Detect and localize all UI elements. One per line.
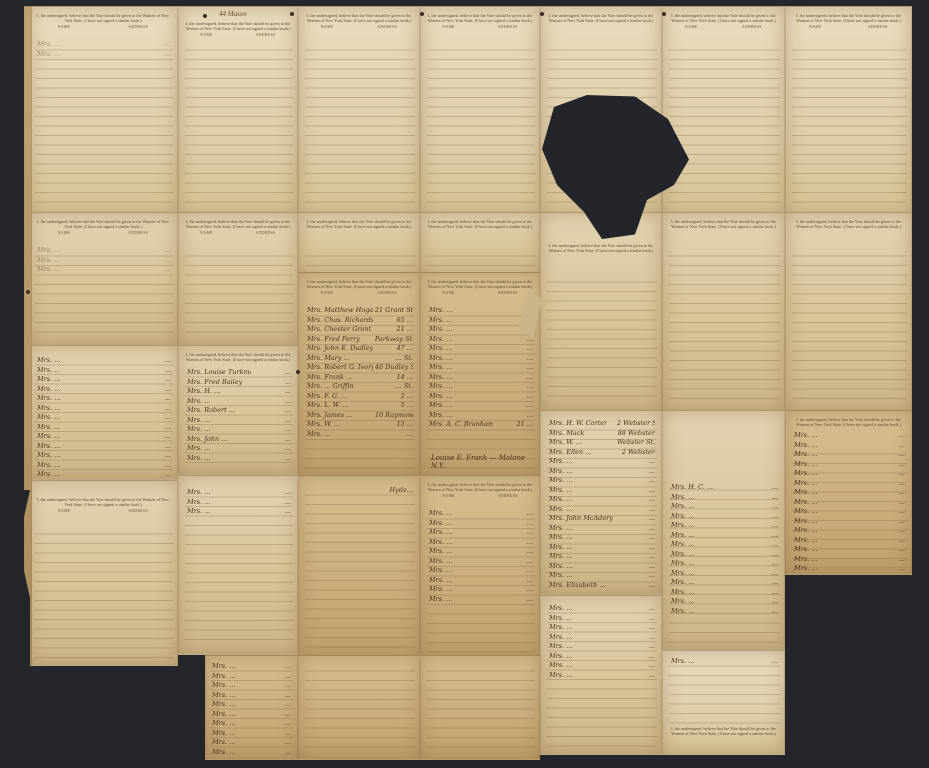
signature-entry: Mrs. James ...10 Raymond: [307, 411, 413, 421]
name-column-label: NAME: [321, 25, 334, 29]
ruled-lines: [305, 486, 415, 653]
signature-entry: Mrs. ......: [671, 569, 778, 579]
petition-sheet: I, the undersigned, believe that the Vot…: [28, 6, 178, 216]
signature-entry: Mrs. ......: [429, 335, 533, 345]
signature-entry: Mrs. ......: [549, 633, 655, 643]
signature-entry: Mrs. ......: [187, 416, 291, 426]
signature-entry: Mrs. ......: [671, 559, 778, 569]
signature-entry: Mrs. ......: [429, 519, 533, 529]
signature-list: Mrs. H. W. Carter2 Webster St. Mrs. Mack…: [549, 419, 655, 590]
signature-entry: Mrs. ......: [429, 585, 533, 595]
signature-entry: Mrs. Elizabeth ......: [549, 581, 655, 591]
signature-entry: Mrs. ......: [794, 526, 905, 536]
petition-header: I, the undersigned, believe that the Vot…: [299, 7, 419, 25]
signature-entry: Mrs. ......: [671, 493, 778, 503]
petition-header: I, the undersigned, believe that the Vot…: [786, 411, 911, 429]
petition-header: I, the undersigned, believe that the Vot…: [421, 213, 539, 231]
signature-entry: Mrs. ......: [187, 454, 291, 464]
ruled-lines: [669, 657, 780, 724]
petition-header: I, the undersigned, believe that the Vot…: [299, 213, 419, 231]
name-column-label: NAME: [442, 291, 455, 295]
signature-entry: Mrs. ......: [37, 404, 171, 414]
signature-list: Mrs. ......: [671, 657, 778, 667]
signature-entry: Mrs. ......: [429, 325, 533, 335]
signature-entry: Mrs. John McAdery...: [549, 514, 655, 524]
name-column-label: NAME: [58, 25, 71, 29]
signature-entry: Hyde...: [307, 486, 413, 496]
signature-entry: Mrs. ......: [212, 719, 291, 729]
right-edge: [912, 0, 929, 768]
address-column-label: ADDRESS: [256, 33, 276, 37]
petition-sheet: Mrs. ...... I, the undersigned, believe …: [662, 650, 785, 755]
name-column-label: NAME: [58, 231, 71, 235]
signature-entry: Mrs. ......: [212, 672, 291, 682]
signature-entry: Mrs. ......: [429, 566, 533, 576]
margin-strip: [24, 6, 32, 666]
signature-entry: Mrs. ......: [794, 431, 905, 441]
ruled-lines: [35, 525, 173, 659]
signature-entry: Mrs. ......: [794, 479, 905, 489]
petition-sheet: I, the undersigned, believe that the Vot…: [662, 6, 785, 216]
address-column-label: ADDRESS: [128, 231, 148, 235]
petition-sheet: I, the undersigned, believe that the Vot…: [662, 212, 785, 412]
signature-entry: Mrs. ......: [37, 40, 171, 50]
signature-entry: Mrs. ......: [671, 578, 778, 588]
signature-entry: Mrs. ......: [37, 423, 171, 433]
name-column-label: NAME: [58, 509, 71, 513]
ruled-lines: [427, 41, 535, 209]
missing-region-bottom-edge: [205, 760, 795, 768]
petition-header: I, the undersigned, believe that the Vot…: [663, 213, 784, 231]
missing-region-bottom-right: [795, 575, 929, 768]
signature-entry: Mrs. ......: [429, 557, 533, 567]
signature-entry: Mrs. ......: [429, 354, 533, 364]
petition-sheet: I, the undersigned, believe that the Vot…: [420, 212, 540, 280]
petition-header: I, the undersigned, believe that the Vot…: [786, 7, 911, 25]
signature-entry: Mrs. ... Griffin... St.: [307, 382, 413, 392]
signature-entry: Mrs. ......: [429, 382, 533, 392]
signature-entry: Mrs. ......: [37, 375, 171, 385]
signature-entry: Mrs. ......: [37, 246, 171, 256]
signature-entry: Mrs. ......: [429, 363, 533, 373]
signature-entry: Mrs. ......: [307, 430, 413, 440]
petition-sheet: [298, 655, 420, 760]
signature-entry: Mrs. ......: [671, 521, 778, 531]
ruled-lines: [427, 247, 535, 273]
address-column-label: ADDRESS: [377, 25, 397, 29]
signature-entry: Mrs. Mack88 Webster: [549, 429, 655, 439]
signature-entry: Mrs. ......: [794, 507, 905, 517]
petition-header: I, the undersigned, believe that the Vot…: [541, 7, 661, 25]
signature-entry: Mrs. ......: [794, 460, 905, 470]
petition-sheet: I, the undersigned, believe that the Vot…: [420, 6, 540, 216]
signature-entry: Mrs. ......: [429, 306, 533, 316]
signature-entry: Mrs. ......: [549, 495, 655, 505]
signature-entry: Mrs. ......: [429, 344, 533, 354]
signature-entry: Mrs. ......: [671, 607, 778, 617]
signature-list: Mrs. Louise Turkman... Mrs. Fred Bailey.…: [187, 368, 291, 463]
signature-entry: Mrs. Mary ...... St.: [307, 354, 413, 364]
signature-entry: Mrs. ......: [187, 498, 291, 508]
petition-sheet: Mrs. ...... Mrs. ...... Mrs. ......: [178, 475, 298, 655]
signature-entry: Mrs. ......: [187, 488, 291, 498]
signature-entry: Mrs. W. ...Webster St.: [549, 438, 655, 448]
petition-sheet: I, the undersigned, believe that the Vot…: [298, 272, 420, 477]
signature-entry: Mrs. ......: [671, 597, 778, 607]
signature-entry: Mrs. ......: [212, 738, 291, 748]
signature-entry: Mrs. ......: [549, 623, 655, 633]
petition-sheet: Mrs. H. C. ...... Mrs. ...... Mrs. .....…: [662, 410, 785, 650]
petition-sheet: I, the undersigned, believe that the Vot…: [28, 480, 178, 666]
petition-sheet: I, the undersigned, believe that the Vot…: [28, 212, 178, 347]
ruled-lines: [305, 41, 415, 209]
petition-header: I, the undersigned, believe that the Vot…: [179, 346, 297, 364]
signature-entry: Mrs. ......: [37, 432, 171, 442]
petition-sheet: I, the undersigned, believe that the Vot…: [785, 212, 912, 412]
signature-entry: Mrs. ......: [37, 394, 171, 404]
petition-sheet: I, the undersigned, believe that the Vot…: [178, 345, 298, 475]
signature-entry: Mrs. ......: [671, 512, 778, 522]
address-column-label: ADDRESS: [498, 494, 518, 498]
signature-entry: Mrs. ......: [37, 385, 171, 395]
name-column-label: NAME: [685, 25, 698, 29]
signature-entry: Mrs. ......: [212, 691, 291, 701]
petition-sheet: [420, 655, 540, 760]
address-column-label: ADDRESS: [498, 25, 518, 29]
signature-entry: Mrs. ......: [429, 401, 533, 411]
petition-sheet: Hyde...: [298, 475, 420, 660]
tack-pin: [662, 12, 666, 16]
ruled-lines: [305, 247, 415, 273]
ruled-lines: [185, 247, 293, 340]
signature-entry: Mrs. Chas. Richardson65 ...: [307, 316, 413, 326]
ruled-lines: [547, 273, 657, 405]
signature-entry: Mrs. ......: [187, 397, 291, 407]
signature-entry: Mrs. ......: [549, 642, 655, 652]
tack-pin: [26, 290, 30, 294]
name-column-label: NAME: [321, 291, 334, 295]
signature-entry: Mrs. ......: [549, 467, 655, 477]
signature-entry: Mrs. ......: [429, 547, 533, 557]
signature-entry: Mrs. ......: [429, 576, 533, 586]
signature-entry: Mrs. ......: [794, 564, 905, 574]
signature-entry: Mrs. ......: [671, 502, 778, 512]
petition-sheet: I, the undersigned, believe that the Vot…: [420, 272, 540, 477]
signature-entry: Mrs. ......: [549, 604, 655, 614]
signature-entry: Mrs. ......: [429, 538, 533, 548]
signature-list: Mrs. H. C. ...... Mrs. ...... Mrs. .....…: [671, 483, 778, 616]
signature-entry: Mrs. ......: [429, 411, 533, 421]
signature-entry: Mrs. ......: [549, 505, 655, 515]
signature-entry: Mrs. ......: [549, 486, 655, 496]
signature-list: Mrs. ...... Mrs. ...... Mrs. ...... Mrs.…: [429, 509, 533, 604]
ruled-lines: [792, 41, 907, 209]
signature-entry: Mrs. ......: [549, 571, 655, 581]
petition-sheet: I, the undersigned, believe that the Vot…: [298, 212, 420, 280]
petition-header: I, the undersigned, believe that the Vot…: [29, 481, 177, 509]
petition-header: I, the undersigned, believe that the Vot…: [421, 273, 539, 291]
petition-sheet: Mrs. ...... Mrs. ...... Mrs. ...... Mrs.…: [28, 345, 178, 480]
address-column-label: ADDRESS: [377, 291, 397, 295]
signature-entry: Mrs. Robert G. Ivory46 Dudley St.: [307, 363, 413, 373]
address-column-label: ADDRESS: [868, 25, 888, 29]
signature-entry: Mrs. H. C. ......: [671, 483, 778, 493]
name-column-label: NAME: [200, 33, 213, 37]
signature-entry: Mrs. ......: [794, 545, 905, 555]
petition-sheet: I, the undersigned, believe that the Vot…: [298, 6, 420, 216]
signature-entry: Mrs. ......: [429, 316, 533, 326]
top-edge: [0, 0, 929, 5]
signature-entry: Mrs. ......: [549, 671, 655, 681]
petition-header: I, the undersigned, believe that the Vot…: [29, 213, 177, 231]
signature-entry: Mrs. ......: [549, 533, 655, 543]
ruled-lines: [427, 662, 535, 753]
signature-entry: Mrs. ......: [429, 392, 533, 402]
signature-entry: Mrs. John E. Dudley47 ...: [307, 344, 413, 354]
petition-header: I, the undersigned, believe that the Vot…: [786, 213, 911, 231]
missing-region-bottom-left: [0, 666, 205, 768]
signature-entry: Mrs. ......: [212, 662, 291, 672]
signature-entry: Mrs. Chester Grant21 ...: [307, 325, 413, 335]
signature-entry: Mrs. ......: [187, 425, 291, 435]
signature-entry: Mrs. ......: [187, 444, 291, 454]
signature-entry: Mrs. ......: [212, 700, 291, 710]
address-column-label: ADDRESS: [128, 25, 148, 29]
signature-entry: Mrs. ......: [794, 498, 905, 508]
signature-entry: Mrs. ......: [794, 441, 905, 451]
signature-entry: Mrs. Ellen ...2 Webster: [549, 448, 655, 458]
signature-entry: Mrs. ......: [549, 652, 655, 662]
signature-list: Mrs. ...... Mrs. ...... Mrs. ...... Mrs.…: [37, 356, 171, 480]
address-column-label: ADDRESS: [498, 291, 518, 295]
signature-entry: Mrs. ......: [794, 536, 905, 546]
signature-entry: Mrs. ......: [794, 517, 905, 527]
name-column-label: NAME: [442, 494, 455, 498]
signature-entry: Mrs. ......: [671, 588, 778, 598]
petition-sheet: I, the undersigned, believe that the Vot…: [178, 212, 298, 347]
petition-sheet: I, the undersigned, believe that the Vot…: [420, 475, 540, 660]
petition-header: I, the undersigned, believe that the Vot…: [421, 7, 539, 25]
signature-entry: Mrs. Robert ......: [187, 406, 291, 416]
ruled-lines: [305, 662, 415, 753]
signature-entry: Mrs. ......: [549, 552, 655, 562]
signature-list: Mrs. ...... Mrs. ...... Mrs. ...... Mrs.…: [794, 431, 905, 574]
signature-list: Mrs. Matthew Hogan21 Grant St. Mrs. Chas…: [307, 306, 413, 439]
address-column-label: ADDRESS: [128, 509, 148, 513]
tack-pin: [420, 12, 424, 16]
signature-entry: Mrs. ......: [429, 528, 533, 538]
signature-entry: Mrs. ......: [794, 469, 905, 479]
signature-entry: Mrs. H. ......: [187, 387, 291, 397]
petition-sheet: Mrs. ...... Mrs. ...... Mrs. ...... Mrs.…: [205, 655, 298, 760]
signature-entry: Mrs. ......: [187, 507, 291, 517]
petition-header: I, the undersigned, believe that the Vot…: [663, 726, 784, 736]
signature-entry: Mrs. W. ...15 ...: [307, 420, 413, 430]
signature-entry: Mrs. Matthew Hogan21 Grant St.: [307, 306, 413, 316]
signature-entry: Mrs. ......: [794, 450, 905, 460]
signature-entry: Mrs. ......: [37, 470, 171, 480]
tack-pin: [290, 12, 294, 16]
petition-header: I, the undersigned, believe that the Vot…: [421, 476, 539, 494]
signature-entry: Mrs. ......: [549, 457, 655, 467]
signature-entry: Mrs. ......: [212, 729, 291, 739]
petition-sheet: I, the undersigned, believe that the Vot…: [540, 212, 662, 412]
signature-entry: Mrs. ......: [671, 657, 778, 667]
petition-sheet: I, the undersigned, believe that the Vot…: [785, 410, 912, 575]
tack-pin: [203, 14, 207, 18]
petition-sheet: Mrs. ...... Mrs. ...... Mrs. ...... Mrs.…: [540, 595, 662, 755]
petition-sheet: Mrs. H. W. Carter2 Webster St. Mrs. Mack…: [540, 410, 662, 595]
signature-entry: Mrs. ......: [549, 661, 655, 671]
name-column-label: NAME: [200, 231, 213, 235]
signature-entry: Mrs. ......: [37, 356, 171, 366]
signature-entry: Mrs. ......: [37, 413, 171, 423]
signature-entry: Mrs. ......: [549, 562, 655, 572]
address-column-label: ADDRESS: [256, 231, 276, 235]
tack-pin: [296, 370, 300, 374]
signature-entry: Mrs. H. W. Carter2 Webster St.: [549, 419, 655, 429]
signature-entry: Mrs. ......: [549, 476, 655, 486]
signature-entry: Mrs. ......: [429, 509, 533, 519]
signature-entry: Mrs. Fred PerryParkway St.: [307, 335, 413, 345]
signature-list: Mrs. ...... Mrs. ...... Mrs. ...... Mrs.…: [212, 662, 291, 757]
signature-entry: Mrs. ......: [794, 555, 905, 565]
signature-entry: Mrs. ......: [549, 614, 655, 624]
ruled-lines: [35, 41, 173, 209]
ruled-lines: [669, 247, 780, 405]
signature-list: Mrs. ...... Mrs. ...... Mrs. ...... Mrs.…: [429, 306, 533, 430]
signature-entry: Mrs. ......: [37, 442, 171, 452]
name-column-label: NAME: [809, 25, 822, 29]
signature-entry: Mrs. Fred Bailey...: [187, 378, 291, 388]
signature-entry: Mrs. ......: [671, 531, 778, 541]
signature-entry: Mrs. ......: [37, 50, 171, 60]
signature-entry: Mrs. ......: [37, 265, 171, 275]
signature-entry: Mrs. ......: [671, 540, 778, 550]
signature-list: Mrs. ...... Mrs. ...... Mrs. ...... Mrs.…: [549, 604, 655, 680]
signature-entry: Mrs. L. W. ...5 ...: [307, 401, 413, 411]
petition-sheet: I, the undersigned, believe that the Vot…: [178, 6, 298, 216]
petition-header: I, the undersigned, believe that the Vot…: [663, 7, 784, 25]
tack-pin: [540, 12, 544, 16]
signature-entry: Mrs. ......: [37, 366, 171, 376]
signature-entry: Mrs. ......: [429, 595, 533, 605]
signature-entry: Mrs. ......: [429, 373, 533, 383]
signature-list: Hyde...: [307, 486, 413, 496]
signature-entry: Mrs. F. G. ...2 ...: [307, 392, 413, 402]
petition-board: I, the undersigned, believe that the Vot…: [0, 0, 929, 768]
petition-header: I, the undersigned, believe that the Vot…: [299, 273, 419, 291]
signature-entry: Mrs. John ......: [187, 435, 291, 445]
address-column-label: ADDRESS: [742, 25, 762, 29]
signature-entry: Mrs. A. C. Branham21 ...: [429, 420, 533, 430]
petition-header: I, the undersigned, believe that the Vot…: [29, 7, 177, 25]
petition-sheet: I, the undersigned, believe that the Vot…: [785, 6, 912, 216]
ruled-lines: [792, 247, 907, 405]
petition-header: I, the undersigned, believe that the Vot…: [179, 213, 297, 231]
signature-entry: Mrs. ......: [37, 451, 171, 461]
signature-entry: Mrs. Louise Turkman...: [187, 368, 291, 378]
signature-entry: Mrs. ......: [212, 748, 291, 758]
signature-entry: Mrs. ......: [37, 461, 171, 471]
top-note: 44 Mason: [219, 10, 247, 18]
ruled-lines: [669, 41, 780, 209]
signature-entry: Mrs. ......: [549, 543, 655, 553]
name-column-label: NAME: [442, 25, 455, 29]
ruled-lines: [185, 41, 293, 209]
signature-entry: Mrs. ......: [549, 524, 655, 534]
signature-entry: Mrs. ......: [37, 256, 171, 266]
signature-entry: Mrs. ......: [212, 710, 291, 720]
collector-signature: Louise E. Frank — Malone N.Y.: [431, 454, 531, 470]
signature-entry: Mrs. ......: [794, 488, 905, 498]
signature-entry: Mrs. ......: [671, 550, 778, 560]
signature-entry: Mrs. ......: [212, 681, 291, 691]
signature-entry: Mrs. Frank ...14 ...: [307, 373, 413, 383]
signature-list: Mrs. ...... Mrs. ...... Mrs. ......: [187, 488, 291, 517]
